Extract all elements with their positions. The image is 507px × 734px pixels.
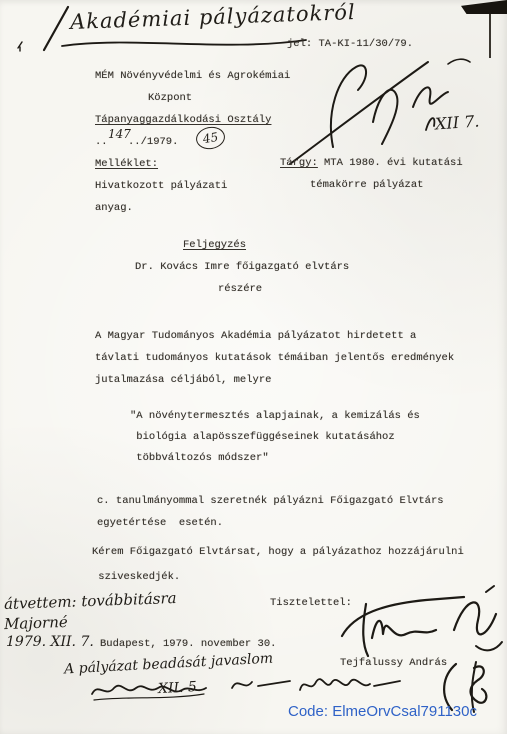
subject-label: Tárgy: xyxy=(280,152,318,174)
hw-bottom-note-date: XII. 5. xyxy=(158,679,202,697)
org-name-line1: MÉM Növényvédelmi és Agrokémiai xyxy=(95,65,290,87)
subject-line2: témakörre pályázat xyxy=(310,174,423,196)
attachment-line2: anyag. xyxy=(95,197,133,219)
addressee-line2: részére xyxy=(218,278,262,300)
file-number-prefix: .. xyxy=(95,131,108,153)
reference-code: jel: TA-KI-11/30/79. xyxy=(287,33,413,55)
paragraph-intro: A Magyar Tudományos Akadémia pályázatot … xyxy=(95,325,454,391)
memo-title: Feljegyzés xyxy=(183,234,246,256)
page-corner-fold xyxy=(461,0,507,14)
hw-signature-tejfalussy xyxy=(336,584,504,662)
scan-edge-line xyxy=(489,14,491,58)
hw-received-date: 1979. XII. 7. xyxy=(6,634,94,650)
file-number-suffix: ../1979. xyxy=(128,131,178,153)
closing-salutation: Tisztelettel: xyxy=(270,592,352,614)
addressee-line1: Dr. Kovács Imre főigazgató elvtárs xyxy=(135,256,349,278)
subject-line1: MTA 1980. évi kutatási xyxy=(324,152,463,174)
signer-name: Tejfalussy András xyxy=(340,652,447,674)
org-name-line2: Központ xyxy=(148,87,192,109)
attachment-line1: Hivatkozott pályázati xyxy=(95,175,227,197)
attachment-label: Melléklet: xyxy=(95,153,158,175)
hw-date-mark: XII 7. xyxy=(434,111,480,133)
paragraph-request: Kérem Főigazgató Elvtársat, hogy a pályá… xyxy=(92,540,464,590)
hw-received-note-line1: átvettem: továbbitásra xyxy=(4,589,177,613)
hw-signature-scrawl-top xyxy=(278,52,507,167)
hw-bottom-mid-scribble xyxy=(228,668,428,708)
scanned-memo-page: Akadémiai pályázatokról jel: TA-KI-11/30… xyxy=(0,0,507,734)
paragraph-quote: "A növénytermesztés alapjainak, a kemizá… xyxy=(130,406,420,469)
hw-received-note-line2: Majorné xyxy=(4,613,68,633)
archive-code-label: Code: ElmeOrvCsal791130c xyxy=(288,703,477,720)
paragraph-apply: c. tanulmányommal szeretnék pályázni Fői… xyxy=(97,490,444,534)
hw-top-title: Akadémiai pályázatokról xyxy=(70,0,356,34)
